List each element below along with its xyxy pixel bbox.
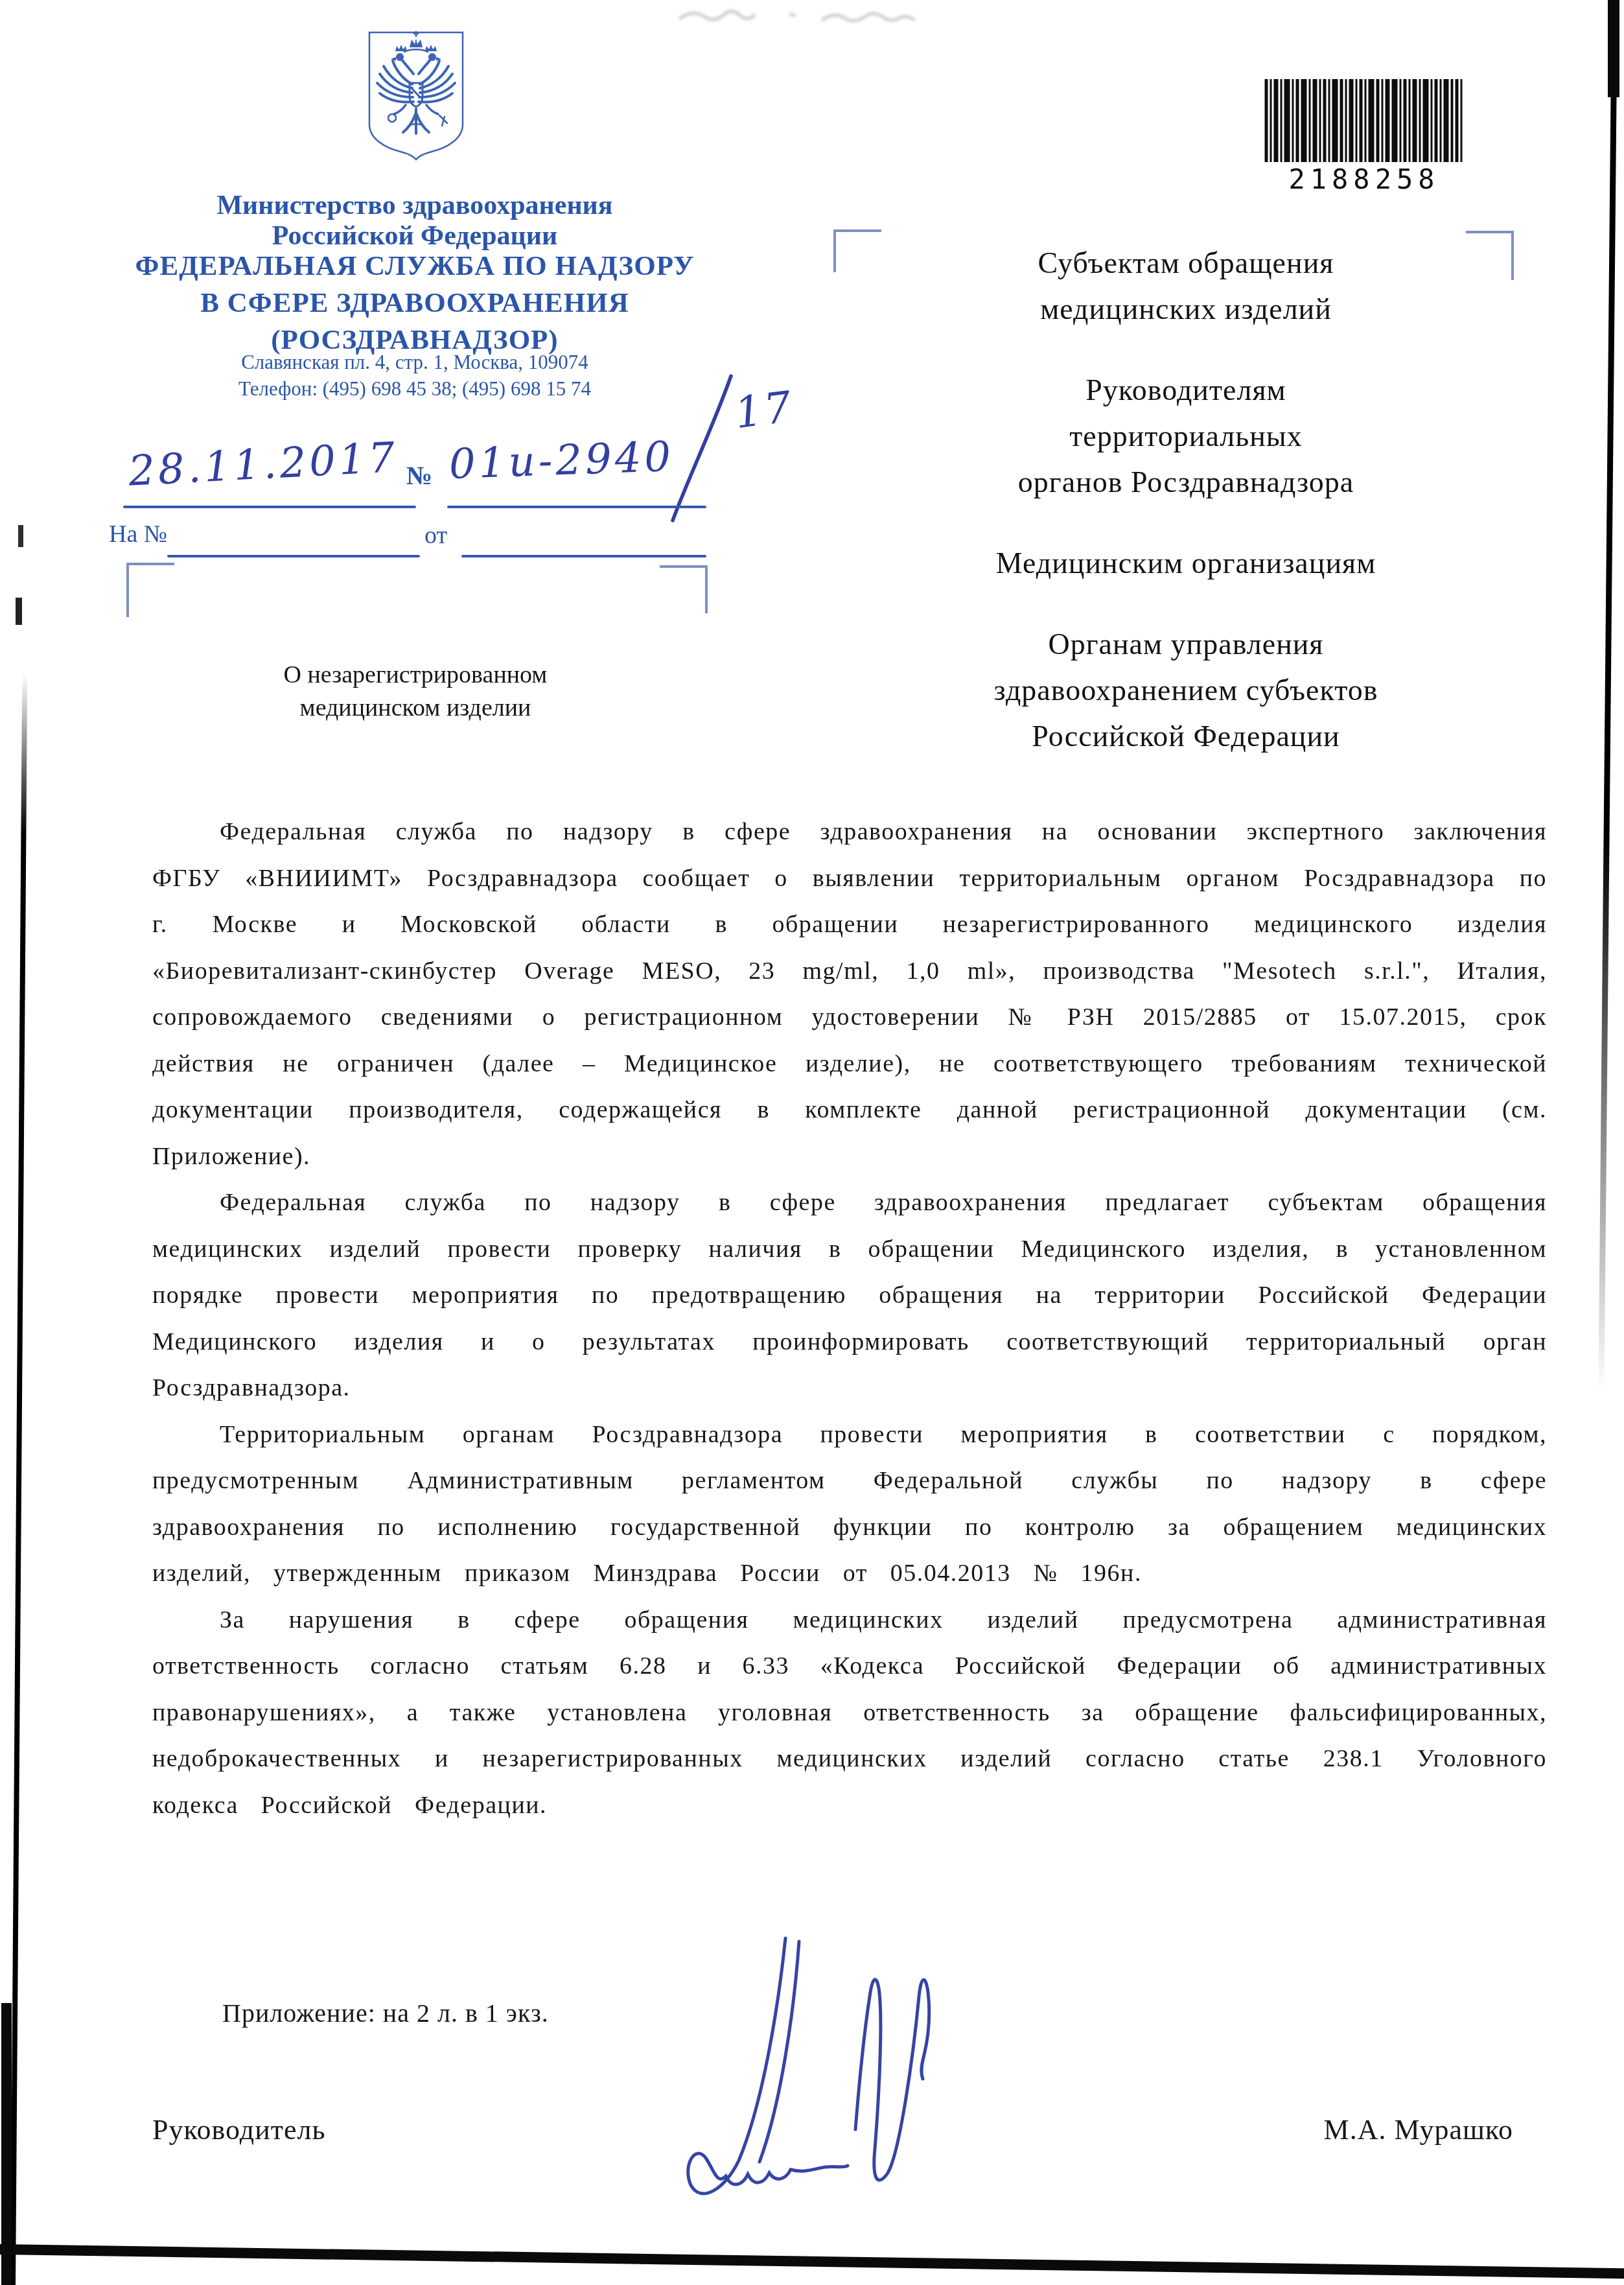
service-line-1: ФЕДЕРАЛЬНАЯ СЛУЖБА ПО НАДЗОРУ <box>71 248 758 285</box>
reply-to-label: На № <box>109 520 167 548</box>
corner-bracket-left-zone-tr <box>660 565 708 613</box>
subject-line-1: О незарегистрированном <box>189 659 642 692</box>
recipients-block: Субъектам обращения медицинских изделий … <box>862 240 1510 794</box>
ref-number-suffix: 17 <box>732 382 796 438</box>
corner-bracket-left-zone-tl <box>126 563 174 617</box>
scan-mark-left-dash2 <box>16 598 22 625</box>
service-name: ФЕДЕРАЛЬНАЯ СЛУЖБА ПО НАДЗОРУ В СФЕРЕ ЗД… <box>71 248 758 358</box>
recipient-group-4: Органам управления здравоохранением субъ… <box>862 621 1510 759</box>
ref-number-sign: № <box>406 460 432 491</box>
body-paragraph-2: Федеральная служба по надзору в сфере зд… <box>152 1180 1547 1412</box>
recipient-line: здравоохранением субъектов <box>862 667 1510 713</box>
ref-number-handwritten: 01и-2940 <box>448 433 675 489</box>
recipient-group-2: Руководителям территориальных органов Ро… <box>862 367 1510 505</box>
from-date-blank-line <box>461 555 706 557</box>
letter-body: Федеральная служба по надзору в сфере зд… <box>152 809 1547 1829</box>
scan-edge-bottom <box>0 2244 1624 2279</box>
scan-mark-left-dash1 <box>18 525 23 547</box>
ministry-name: Министерство здравоохранения Российской … <box>91 191 739 252</box>
scan-smudge-top <box>674 0 1011 39</box>
ministry-line-2: Российской Федерации <box>91 221 739 252</box>
subject-block: О незарегистрированном медицинском издел… <box>189 659 642 725</box>
from-label: от <box>424 521 447 550</box>
ministry-line-1: Министерство здравоохранения <box>91 191 739 221</box>
body-paragraph-3: Территориальным органам Росздравнадзора … <box>152 1412 1547 1597</box>
scan-edge-right-cap <box>1608 0 1619 97</box>
recipient-group-3: Медицинским организациям <box>862 540 1510 586</box>
recipient-line: органов Росздравнадзора <box>862 459 1510 505</box>
scan-edge-left-thick <box>1 2003 12 2285</box>
recipient-group-1: Субъектам обращения медицинских изделий <box>862 240 1510 332</box>
attachment-note: Приложение: на 2 л. в 1 экз. <box>222 1998 549 2028</box>
body-paragraph-4: За нарушения в сфере обращения медицинск… <box>152 1597 1547 1829</box>
phone-line: Телефон: (495) 698 45 38; (495) 698 15 7… <box>91 375 739 402</box>
ref-number-underline <box>447 506 706 508</box>
recipient-line: Органам управления <box>862 621 1510 667</box>
recipient-line: Российской Федерации <box>862 713 1510 759</box>
signer-name: М.А. Мурашко <box>1225 2113 1513 2146</box>
scanned-letter-page: { "colors":{ "letterhead_blue":"#2b55a8"… <box>0 0 1624 2285</box>
recipient-line: Субъектам обращения <box>862 240 1510 286</box>
ref-date-handwritten: 28.11.2017 <box>127 434 399 496</box>
recipient-line: Руководителям <box>862 367 1510 413</box>
subject-line-2: медицинском изделии <box>189 692 642 725</box>
recipient-line: территориальных <box>862 413 1510 459</box>
letterhead-contacts: Славянская пл. 4, стр. 1, Москва, 109074… <box>91 349 739 402</box>
barcode-number: 2188258 <box>1262 163 1466 195</box>
body-paragraph-1: Федеральная служба по надзору в сфере зд… <box>152 809 1547 1180</box>
signature-autograph <box>642 1935 992 2233</box>
recipient-line: медицинских изделий <box>862 286 1510 332</box>
scan-edge-right <box>1598 0 1618 1391</box>
ref-date-underline <box>123 506 416 508</box>
reply-number-blank-line <box>167 555 420 557</box>
coat-of-arms-icon <box>364 29 468 161</box>
scan-edge-left <box>10 674 27 2285</box>
recipient-line: Медицинским организациям <box>862 540 1510 586</box>
signer-position: Руководитель <box>152 2113 326 2146</box>
service-line-2: В СФЕРЕ ЗДРАВООХРАНЕНИЯ <box>71 285 758 322</box>
address-line: Славянская пл. 4, стр. 1, Москва, 109074 <box>91 349 739 375</box>
